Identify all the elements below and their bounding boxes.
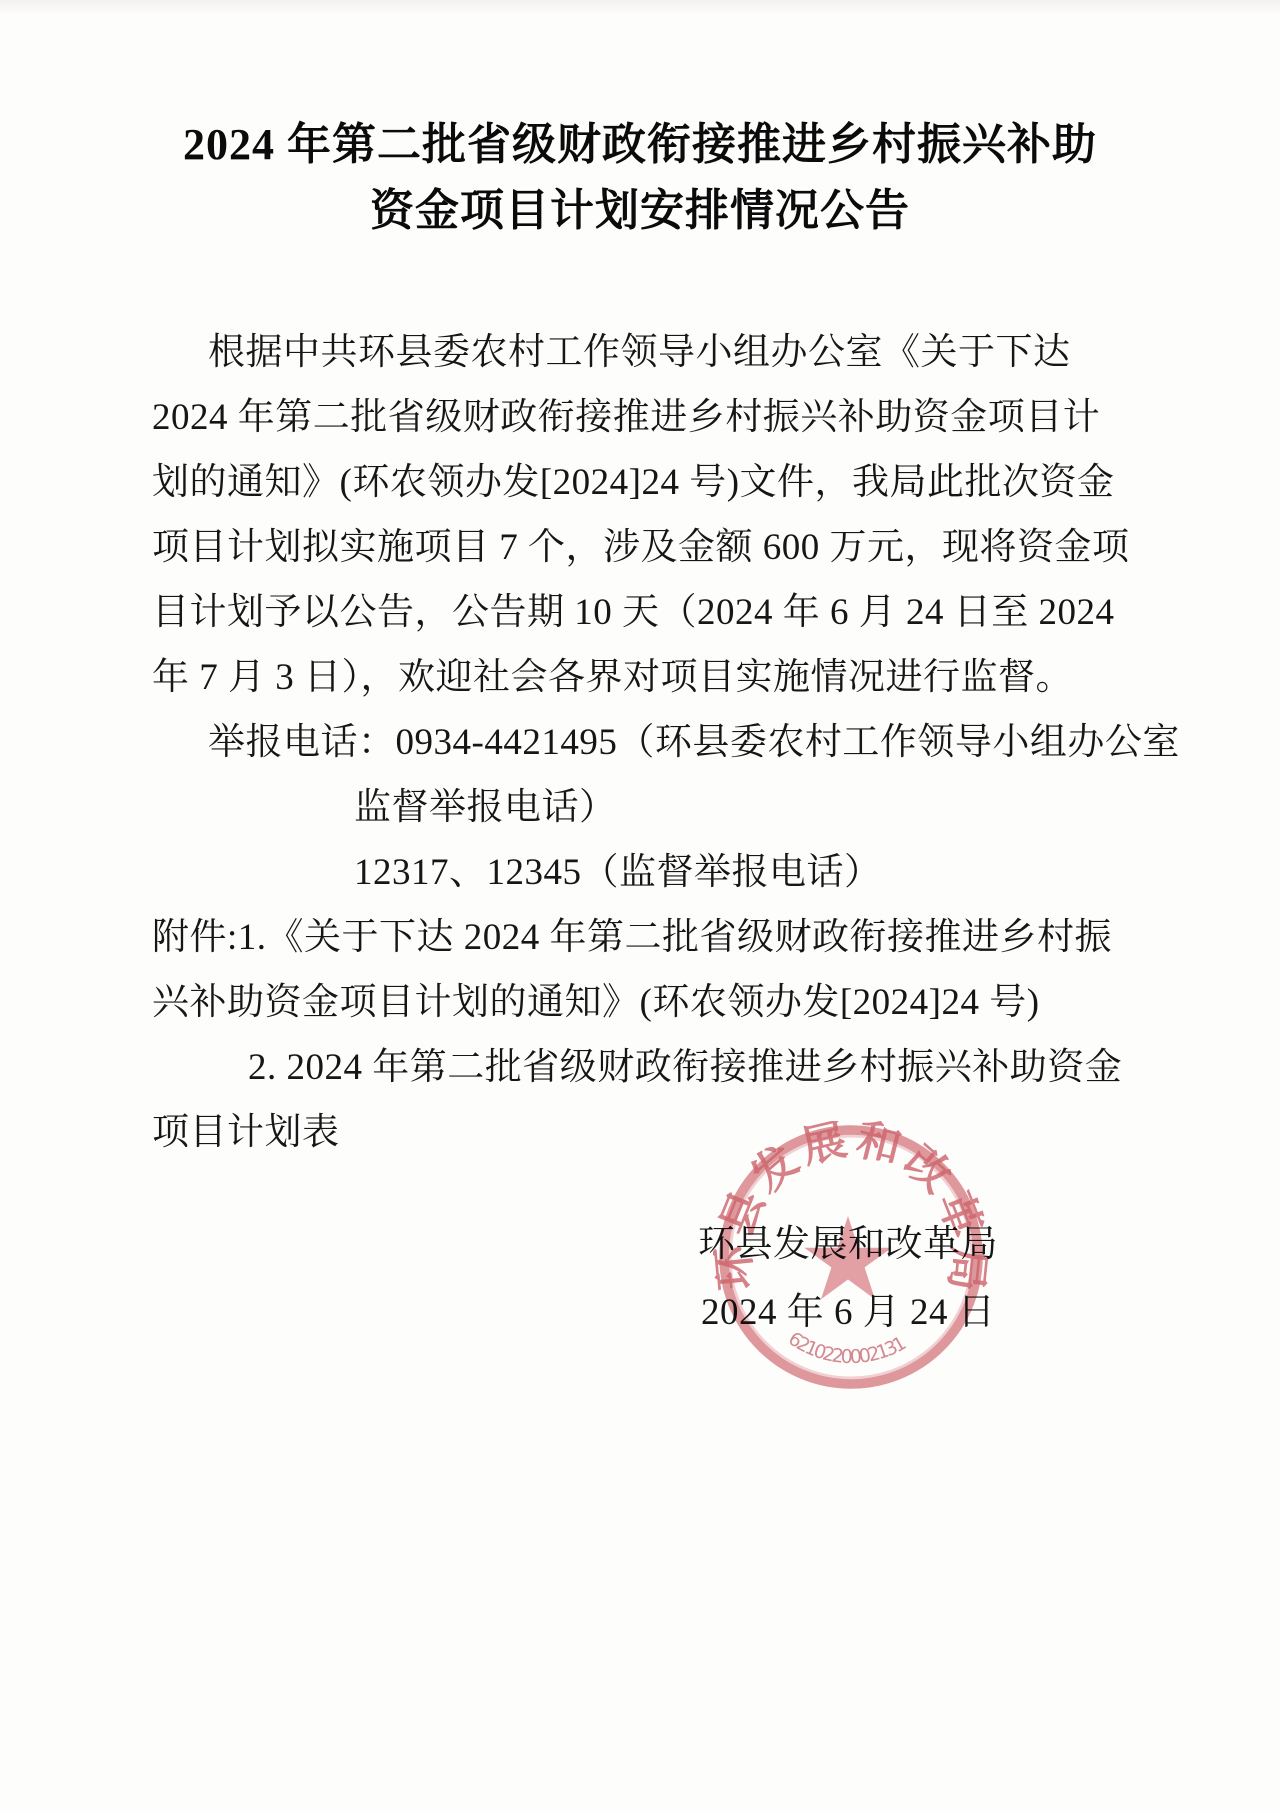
title-line-1: 2024 年第二批省级财政衔接推进乡村振兴补助 bbox=[0, 112, 1280, 178]
signature-date: 2024 年 6 月 24 日 bbox=[152, 1279, 1190, 1347]
attachment-line: 兴补助资金项目计划的通知》(环农领办发[2024]24 号) bbox=[152, 970, 1190, 1035]
page-title: 2024 年第二批省级财政衔接推进乡村振兴补助 资金项目计划安排情况公告 bbox=[0, 0, 1280, 244]
body-line: 2024 年第二批省级财政衔接推进乡村振兴补助资金项目计 bbox=[152, 385, 1190, 450]
document-page: 2024 年第二批省级财政衔接推进乡村振兴补助 资金项目计划安排情况公告 根据中… bbox=[0, 0, 1280, 1811]
body-line: 项目计划拟实施项目 7 个，涉及金额 600 万元，现将资金项 bbox=[152, 515, 1190, 580]
report-phone-line: 12317、12345（监督举报电话） bbox=[152, 840, 1190, 905]
attachment-line: 项目计划表 bbox=[152, 1100, 1190, 1165]
report-phone-line: 监督举报电话） bbox=[152, 775, 1190, 840]
title-line-2: 资金项目计划安排情况公告 bbox=[0, 178, 1280, 244]
attachment-line: 2. 2024 年第二批省级财政衔接推进乡村振兴补助资金 bbox=[152, 1035, 1190, 1100]
report-phone-line: 举报电话：0934-4421495（环县委农村工作领导小组办公室 bbox=[152, 710, 1190, 775]
attachment-line: 附件:1.《关于下达 2024 年第二批省级财政衔接推进乡村振 bbox=[152, 905, 1190, 970]
signature-block: 环县发展和改革局 2024 年 6 月 24 日 bbox=[152, 1211, 1190, 1347]
signature-agency: 环县发展和改革局 bbox=[152, 1211, 1190, 1279]
body-line: 年 7 月 3 日），欢迎社会各界对项目实施情况进行监督。 bbox=[152, 645, 1190, 710]
body-line: 划的通知》(环农领办发[2024]24 号)文件，我局此批次资金 bbox=[152, 450, 1190, 515]
document-body: 根据中共环县委农村工作领导小组办公室《关于下达 2024 年第二批省级财政衔接推… bbox=[0, 320, 1280, 1347]
body-line: 目计划予以公告，公告期 10 天（2024 年 6 月 24 日至 2024 bbox=[152, 580, 1190, 645]
body-line: 根据中共环县委农村工作领导小组办公室《关于下达 bbox=[152, 320, 1190, 385]
